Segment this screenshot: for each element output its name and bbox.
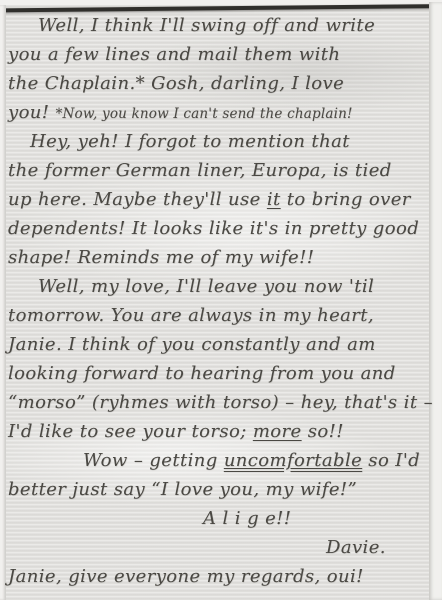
handwritten-text: tomorrow. You are always in my heart,: [8, 305, 374, 326]
letter-line: A l i g e!!: [8, 504, 430, 533]
letter-line: Well, my love, I'll leave you now 'til: [8, 272, 430, 301]
handwritten-text: shape! Reminds me of my wife!!: [8, 247, 314, 268]
letter-line: I'd like to see your torso; more so!!: [8, 417, 430, 446]
letter-line: Janie. I think of you constantly and am: [8, 330, 430, 359]
letter-line: Janie, give everyone my regards, oui!: [8, 562, 430, 591]
handwritten-text: “morso” (ryhmes with torso) – hey, that'…: [8, 392, 433, 413]
letter-line: the former German liner, Europa, is tied: [8, 156, 430, 185]
letter-line: shape! Reminds me of my wife!!: [8, 243, 430, 272]
handwritten-text: looking forward to hearing from you and: [8, 363, 396, 384]
handwritten-text: I'd like to see your torso;: [8, 421, 253, 442]
letter-line: looking forward to hearing from you and: [8, 359, 430, 388]
letter-line: Hey, yeh! I forgot to mention that: [8, 127, 430, 156]
handwritten-text: you a few lines and mail them with: [8, 44, 340, 65]
letter-line: Davie.: [8, 533, 430, 562]
letter-line: the Chaplain.* Gosh, darling, I love: [8, 69, 430, 98]
underlined-word: it: [267, 189, 281, 210]
handwritten-text: Well, my love, I'll leave you now 'til: [38, 276, 374, 297]
handwritten-text: Janie. I think of you constantly and am: [8, 334, 376, 355]
handwritten-text: Janie, give everyone my regards, oui!: [8, 566, 364, 587]
letter-line: you a few lines and mail them with: [8, 40, 430, 69]
handwritten-text: Wow – getting: [83, 450, 224, 471]
handwritten-text: you!: [8, 102, 56, 123]
letter-line: dependents! It looks like it's in pretty…: [8, 214, 430, 243]
letter-body: Well, I think I'll swing off and writeyo…: [8, 11, 430, 591]
handwritten-text: Hey, yeh! I forgot to mention that: [30, 131, 350, 152]
paper-right-edge: [429, 2, 442, 600]
handwritten-text: so I'd: [362, 450, 420, 471]
handwritten-text: better just say “I love you, my wife!”: [8, 479, 357, 500]
handwritten-text: up here. Maybe they'll use: [8, 189, 267, 210]
paper-left-edge: [0, 5, 6, 600]
handwritten-text: to bring over: [281, 189, 411, 210]
handwritten-text: the former German liner, Europa, is tied: [8, 160, 392, 181]
handwritten-text: Well, I think I'll swing off and write: [38, 15, 375, 36]
letter-line: up here. Maybe they'll use it to bring o…: [8, 185, 430, 214]
letter-line: Wow – getting uncomfortable so I'd: [8, 446, 430, 475]
letter-line: “morso” (ryhmes with torso) – hey, that'…: [8, 388, 430, 417]
handwritten-text: A l i g e!!: [203, 508, 291, 529]
letter-line: better just say “I love you, my wife!”: [8, 475, 430, 504]
letter-line: Well, I think I'll swing off and write: [8, 11, 430, 40]
handwritten-text: the Chaplain.* Gosh, darling, I love: [8, 73, 344, 94]
handwritten-text: Davie.: [326, 537, 386, 558]
handwritten-text: *Now, you know I can't send the chaplain…: [56, 106, 353, 122]
handwritten-text: so!!: [302, 421, 344, 442]
handwritten-text: dependents! It looks like it's in pretty…: [8, 218, 419, 239]
underlined-word: more: [253, 421, 302, 442]
letter-line: tomorrow. You are always in my heart,: [8, 301, 430, 330]
scanned-letter-page: Well, I think I'll swing off and writeyo…: [0, 0, 442, 600]
letter-line: you! *Now, you know I can't send the cha…: [8, 98, 430, 127]
underlined-word: uncomfortable: [224, 450, 362, 471]
